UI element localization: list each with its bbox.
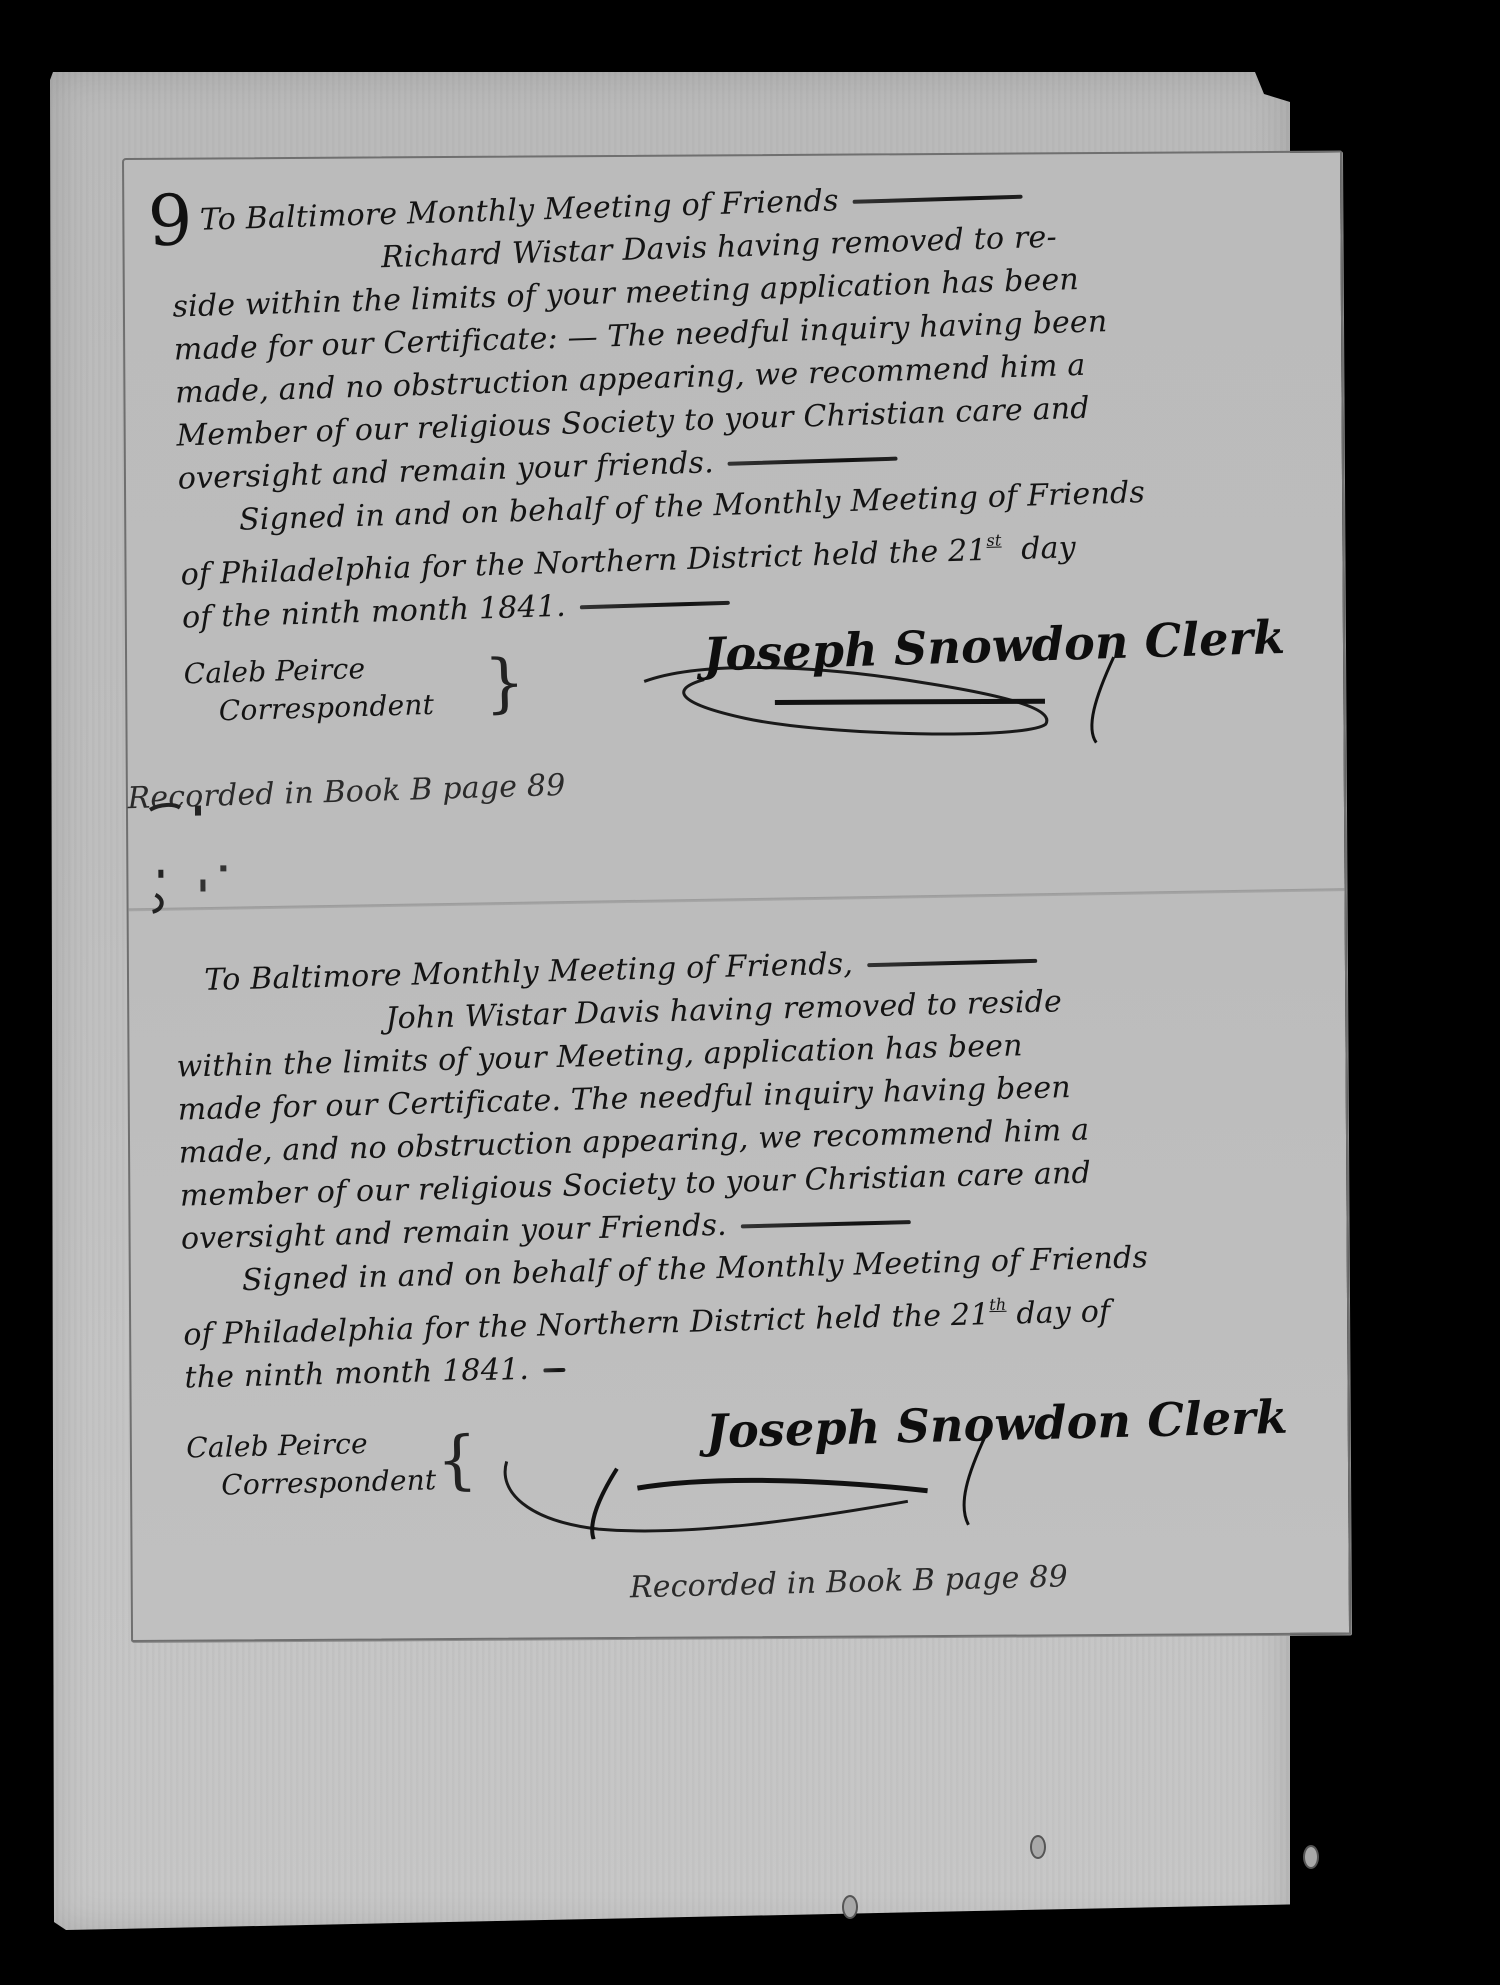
binding-hole-mark <box>842 1895 858 1919</box>
line-filler-dash <box>543 1368 565 1373</box>
brace-mark: } <box>483 651 526 716</box>
ink-blot-marks-icon <box>140 799 241 1000</box>
line-filler-dash <box>867 959 1037 967</box>
correspondent-role: Correspondent <box>187 1461 437 1505</box>
day-ordinal: st <box>986 530 1002 549</box>
correspondent-signature: Caleb Peirce Correspondent <box>183 648 434 732</box>
binding-hole-mark <box>1303 1845 1319 1869</box>
correspondent-role: Correspondent <box>184 686 434 732</box>
certificate-john-wistar-davis: To Baltimore Monthly Meeting of Friends,… <box>174 931 1321 1619</box>
certificate-sheet: 9 To Baltimore Monthly Meeting of Friend… <box>122 151 1351 1642</box>
correspondent-signature: Caleb Peirce Correspondent <box>186 1423 437 1505</box>
line-filler-dash <box>728 457 898 466</box>
day-ordinal: th <box>989 1295 1007 1314</box>
brace-mark: { <box>436 1428 479 1493</box>
recorded-note: Recorded in Book B page 89 <box>190 1551 1322 1620</box>
fold-line <box>129 888 1345 911</box>
clerk-signature: Joseph Snowdon Clerk <box>705 1392 1288 1457</box>
line-filler-dash <box>853 195 1023 204</box>
line-filler-dash <box>580 601 730 610</box>
binding-hole-mark <box>1030 1835 1046 1859</box>
clerk-signature: Joseph Snowdon Clerk <box>703 612 1286 680</box>
correspondent-name: Caleb Peirce <box>186 1423 436 1467</box>
line-filler-dash <box>741 1220 911 1228</box>
certificate-richard-wistar-davis: 9 To Baltimore Monthly Meeting of Friend… <box>169 165 1318 817</box>
signature-area: Caleb Peirce Correspondent { Joseph Snow… <box>186 1401 1320 1550</box>
